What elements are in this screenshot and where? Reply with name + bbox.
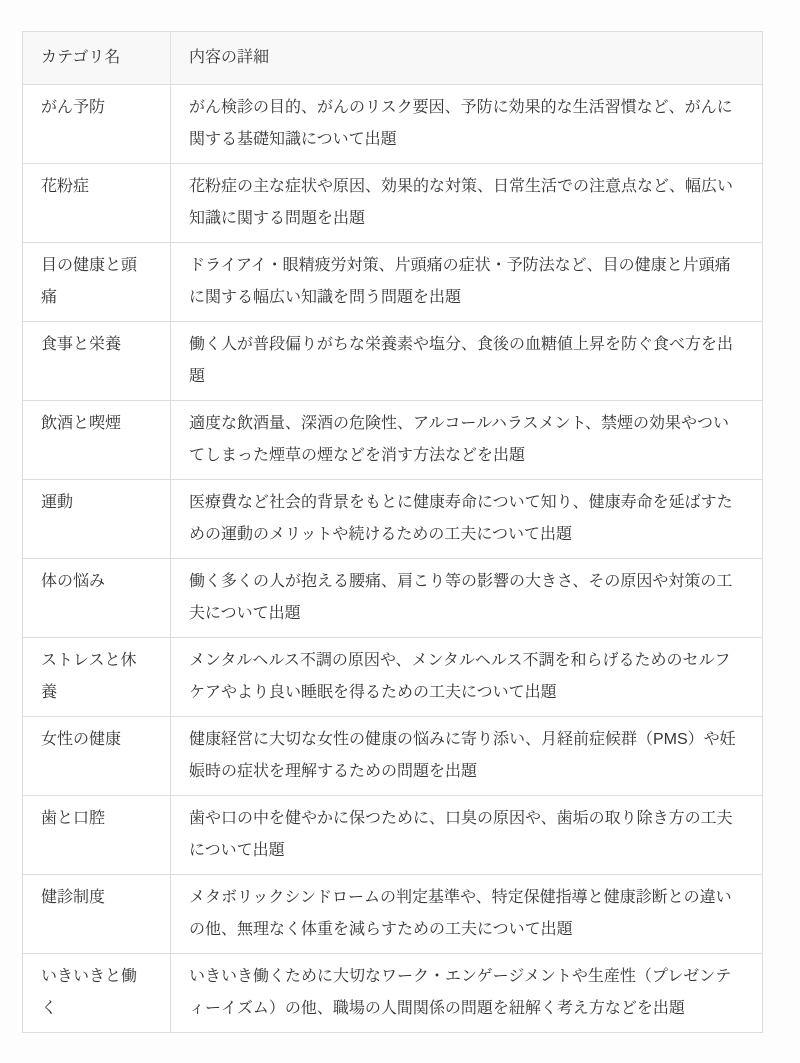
description-cell: 歯や口の中を健やかに保つために、口臭の原因や、歯垢の取り除き方の工夫について出題 bbox=[171, 796, 763, 875]
category-cell: 飲酒と喫煙 bbox=[23, 401, 171, 480]
description-cell: 適度な飲酒量、深酒の危険性、アルコールハラスメント、禁煙の効果やついてしまった煙… bbox=[171, 401, 763, 480]
table-container: カテゴリ名 内容の詳細 がん予防 がん検診の目的、がんのリスク要因、予防に効果的… bbox=[0, 0, 800, 1033]
description-cell: がん検診の目的、がんのリスク要因、予防に効果的な生活習慣など、がんに関する基礎知… bbox=[171, 85, 763, 164]
category-cell: 女性の健康 bbox=[23, 717, 171, 796]
category-cell: 体の悩み bbox=[23, 559, 171, 638]
table-row: 飲酒と喫煙 適度な飲酒量、深酒の危険性、アルコールハラスメント、禁煙の効果やつい… bbox=[23, 401, 763, 480]
category-cell: がん予防 bbox=[23, 85, 171, 164]
table-row: 女性の健康 健康経営に大切な女性の健康の悩みに寄り添い、月経前症候群（PMS）や… bbox=[23, 717, 763, 796]
table-body: がん予防 がん検診の目的、がんのリスク要因、予防に効果的な生活習慣など、がんに関… bbox=[23, 85, 763, 1033]
description-cell: メンタルヘルス不調の原因や、メンタルヘルス不調を和らげるためのセルフケアやより良… bbox=[171, 638, 763, 717]
description-cell: メタボリックシンドロームの判定基準や、特定保健指導と健康診断との違いの他、無理な… bbox=[171, 875, 763, 954]
description-cell: 医療費など社会的背景をもとに健康寿命について知り、健康寿命を延ばすための運動のメ… bbox=[171, 480, 763, 559]
table-row: 花粉症 花粉症の主な症状や原因、効果的な対策、日常生活での注意点など、幅広い知識… bbox=[23, 164, 763, 243]
category-table: カテゴリ名 内容の詳細 がん予防 がん検診の目的、がんのリスク要因、予防に効果的… bbox=[22, 31, 763, 1033]
table-row: ストレスと休養 メンタルヘルス不調の原因や、メンタルヘルス不調を和らげるためのセ… bbox=[23, 638, 763, 717]
table-row: 目の健康と頭痛 ドライアイ・眼精疲労対策、片頭痛の症状・予防法など、目の健康と片… bbox=[23, 243, 763, 322]
header-detail: 内容の詳細 bbox=[171, 32, 763, 85]
category-cell: 歯と口腔 bbox=[23, 796, 171, 875]
table-row: 運動 医療費など社会的背景をもとに健康寿命について知り、健康寿命を延ばすための運… bbox=[23, 480, 763, 559]
header-category: カテゴリ名 bbox=[23, 32, 171, 85]
table-row: 健診制度 メタボリックシンドロームの判定基準や、特定保健指導と健康診断との違いの… bbox=[23, 875, 763, 954]
description-cell: 花粉症の主な症状や原因、効果的な対策、日常生活での注意点など、幅広い知識に関する… bbox=[171, 164, 763, 243]
description-cell: 健康経営に大切な女性の健康の悩みに寄り添い、月経前症候群（PMS）や妊娠時の症状… bbox=[171, 717, 763, 796]
category-cell: 運動 bbox=[23, 480, 171, 559]
table-row: 体の悩み 働く多くの人が抱える腰痛、肩こり等の影響の大きさ、その原因や対策の工夫… bbox=[23, 559, 763, 638]
table-row: いきいきと働く いきいき働くために大切なワーク・エンゲージメントや生産性（プレゼ… bbox=[23, 954, 763, 1033]
category-cell: 健診制度 bbox=[23, 875, 171, 954]
description-cell: 働く人が普段偏りがちな栄養素や塩分、食後の血糖値上昇を防ぐ食べ方を出題 bbox=[171, 322, 763, 401]
category-cell: ストレスと休養 bbox=[23, 638, 171, 717]
table-row: がん予防 がん検診の目的、がんのリスク要因、予防に効果的な生活習慣など、がんに関… bbox=[23, 85, 763, 164]
description-cell: ドライアイ・眼精疲労対策、片頭痛の症状・予防法など、目の健康と片頭痛に関する幅広… bbox=[171, 243, 763, 322]
category-cell: 食事と栄養 bbox=[23, 322, 171, 401]
category-cell: 花粉症 bbox=[23, 164, 171, 243]
description-cell: いきいき働くために大切なワーク・エンゲージメントや生産性（プレゼンティーイズム）… bbox=[171, 954, 763, 1033]
category-cell: 目の健康と頭痛 bbox=[23, 243, 171, 322]
table-row: 食事と栄養 働く人が普段偏りがちな栄養素や塩分、食後の血糖値上昇を防ぐ食べ方を出… bbox=[23, 322, 763, 401]
description-cell: 働く多くの人が抱える腰痛、肩こり等の影響の大きさ、その原因や対策の工夫について出… bbox=[171, 559, 763, 638]
table-row: 歯と口腔 歯や口の中を健やかに保つために、口臭の原因や、歯垢の取り除き方の工夫に… bbox=[23, 796, 763, 875]
header-row: カテゴリ名 内容の詳細 bbox=[23, 32, 763, 85]
category-cell: いきいきと働く bbox=[23, 954, 171, 1033]
